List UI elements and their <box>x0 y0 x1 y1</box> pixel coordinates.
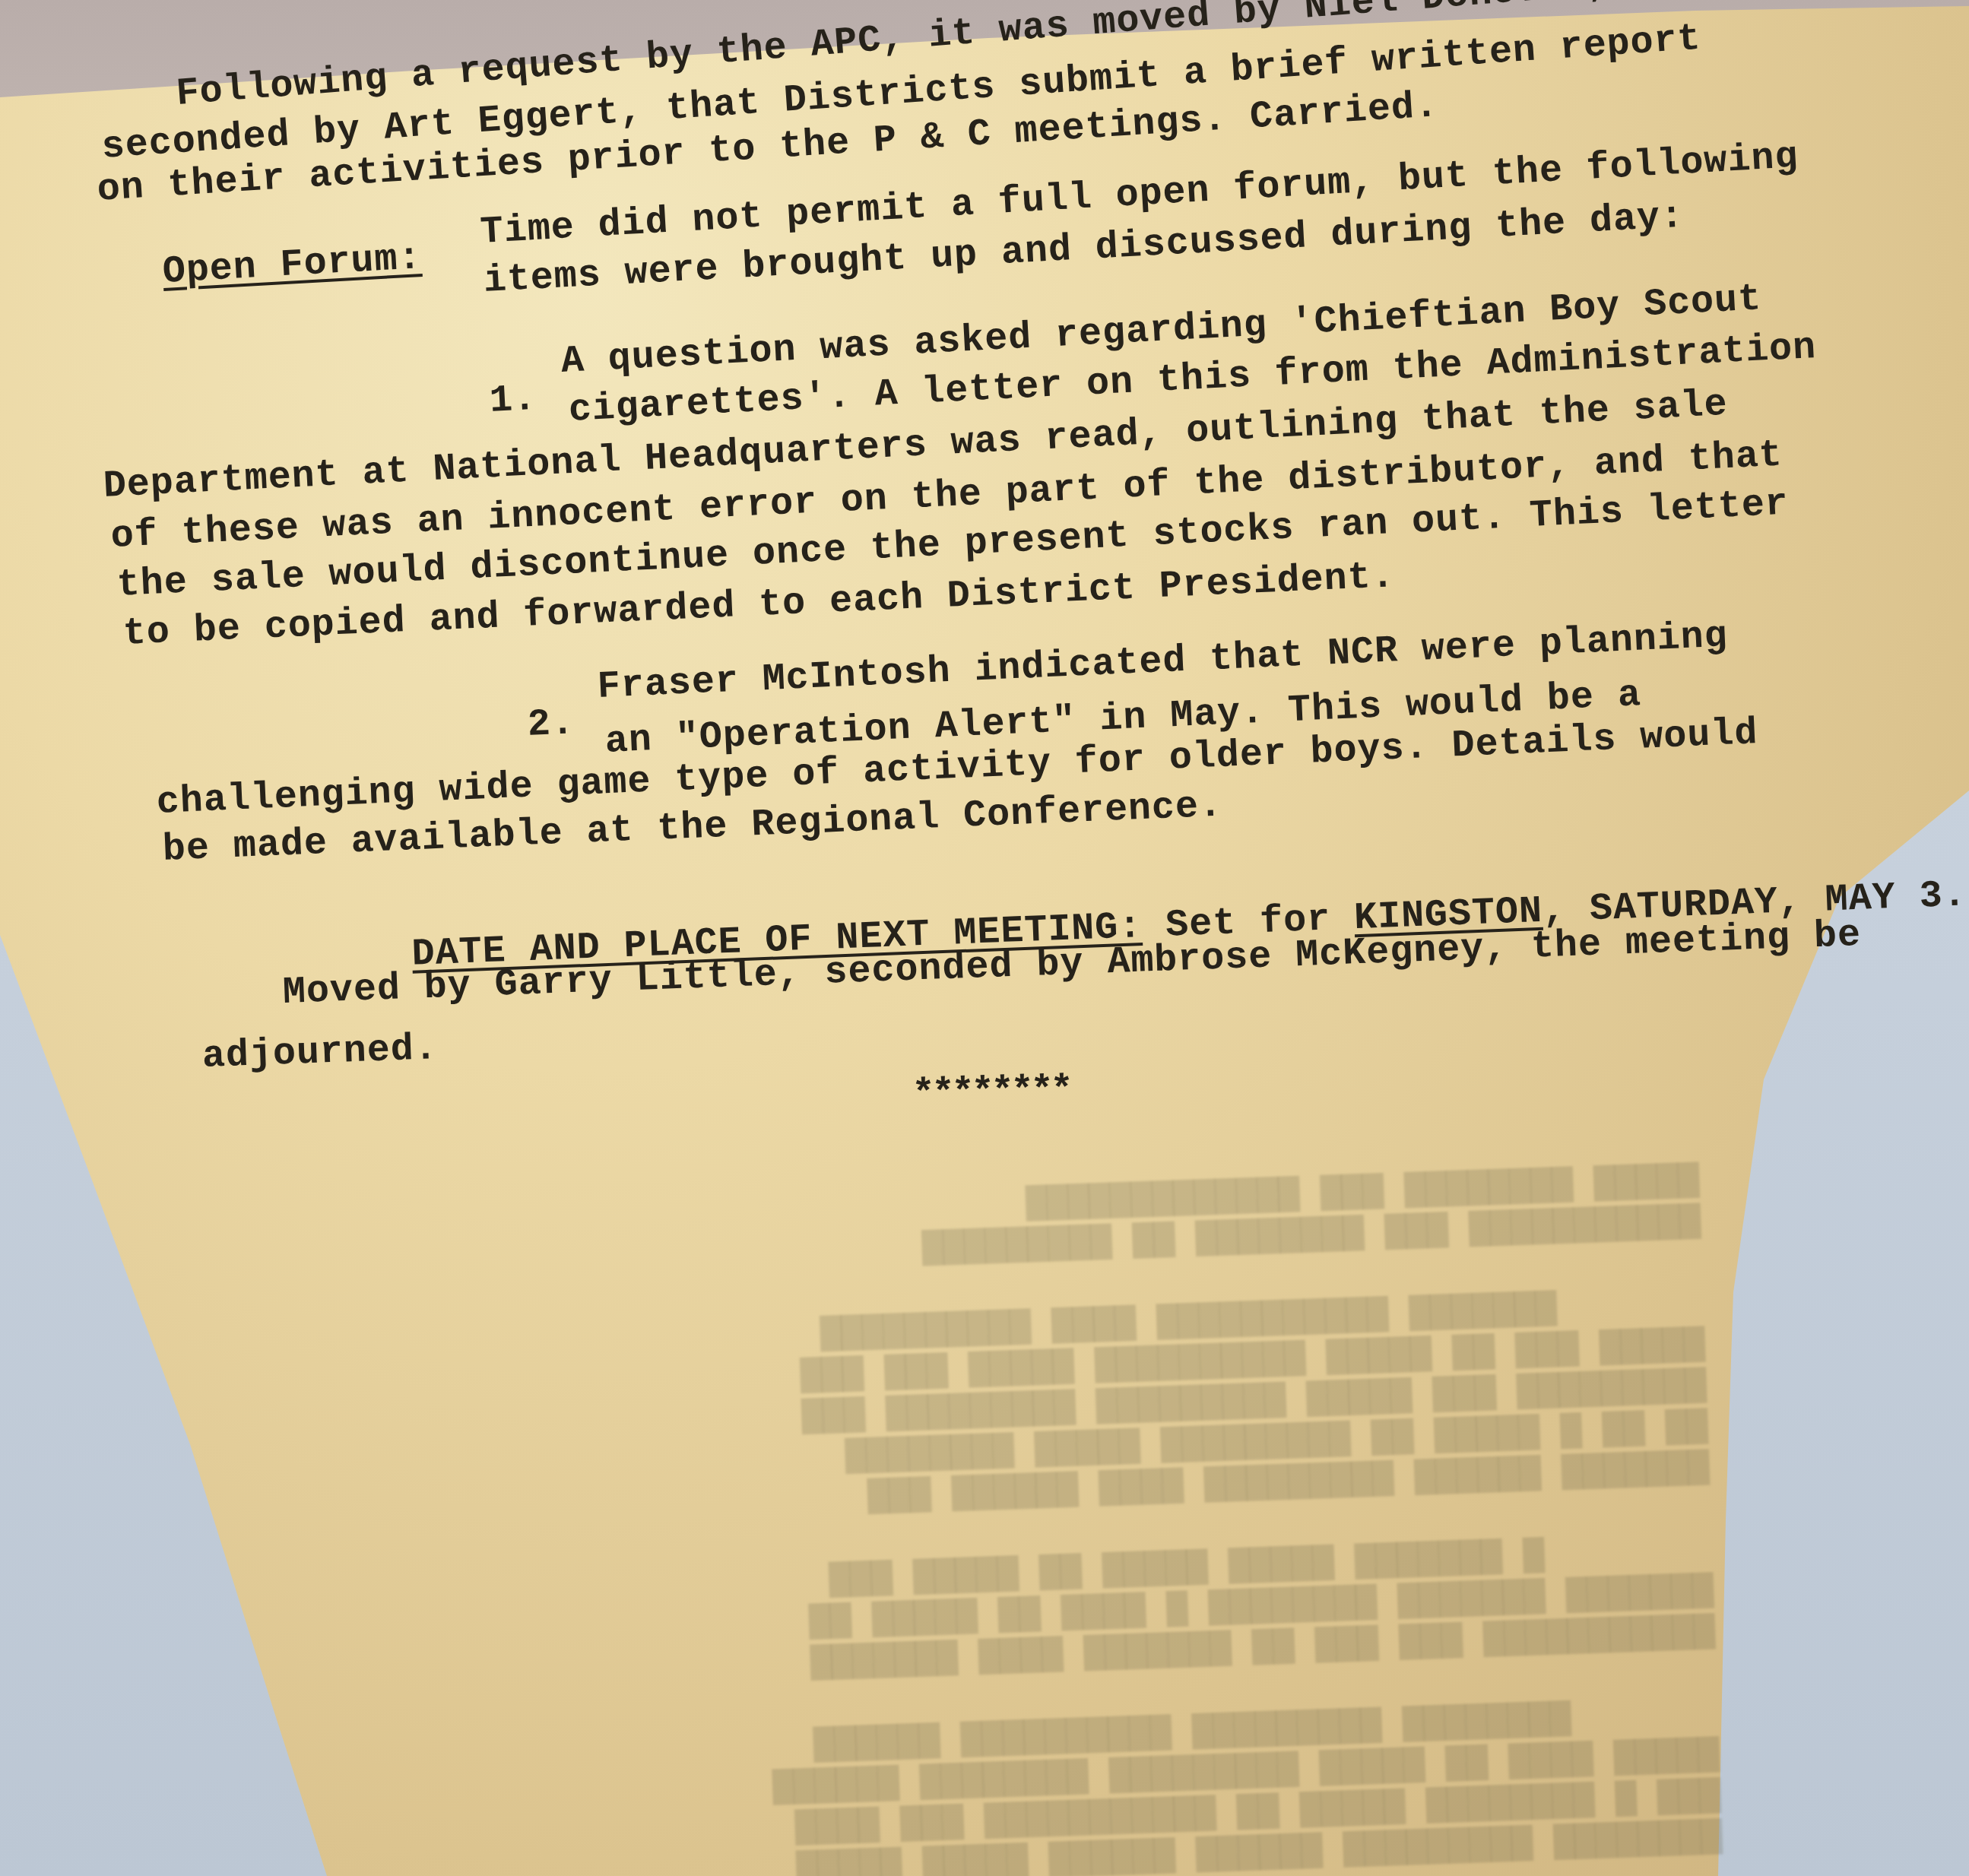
end-marker: ******** <box>912 1069 1071 1117</box>
adjournment-line-2: adjourned. <box>201 1027 439 1079</box>
item-1-number: 1. <box>489 378 538 423</box>
item-2-number: 2. <box>527 702 576 747</box>
open-forum-heading: Open Forum: <box>161 236 423 294</box>
typewritten-minutes: Following a request by the APC, it was m… <box>0 0 1969 1876</box>
photo-scene: ▇▇▇▇▇ ▇▇▇▇▇▇▇▇ ▇▇▇ ▇▇▇▇▇▇▇▇▇▇▇▇▇ ▇▇▇▇▇▇▇… <box>0 0 1969 1876</box>
